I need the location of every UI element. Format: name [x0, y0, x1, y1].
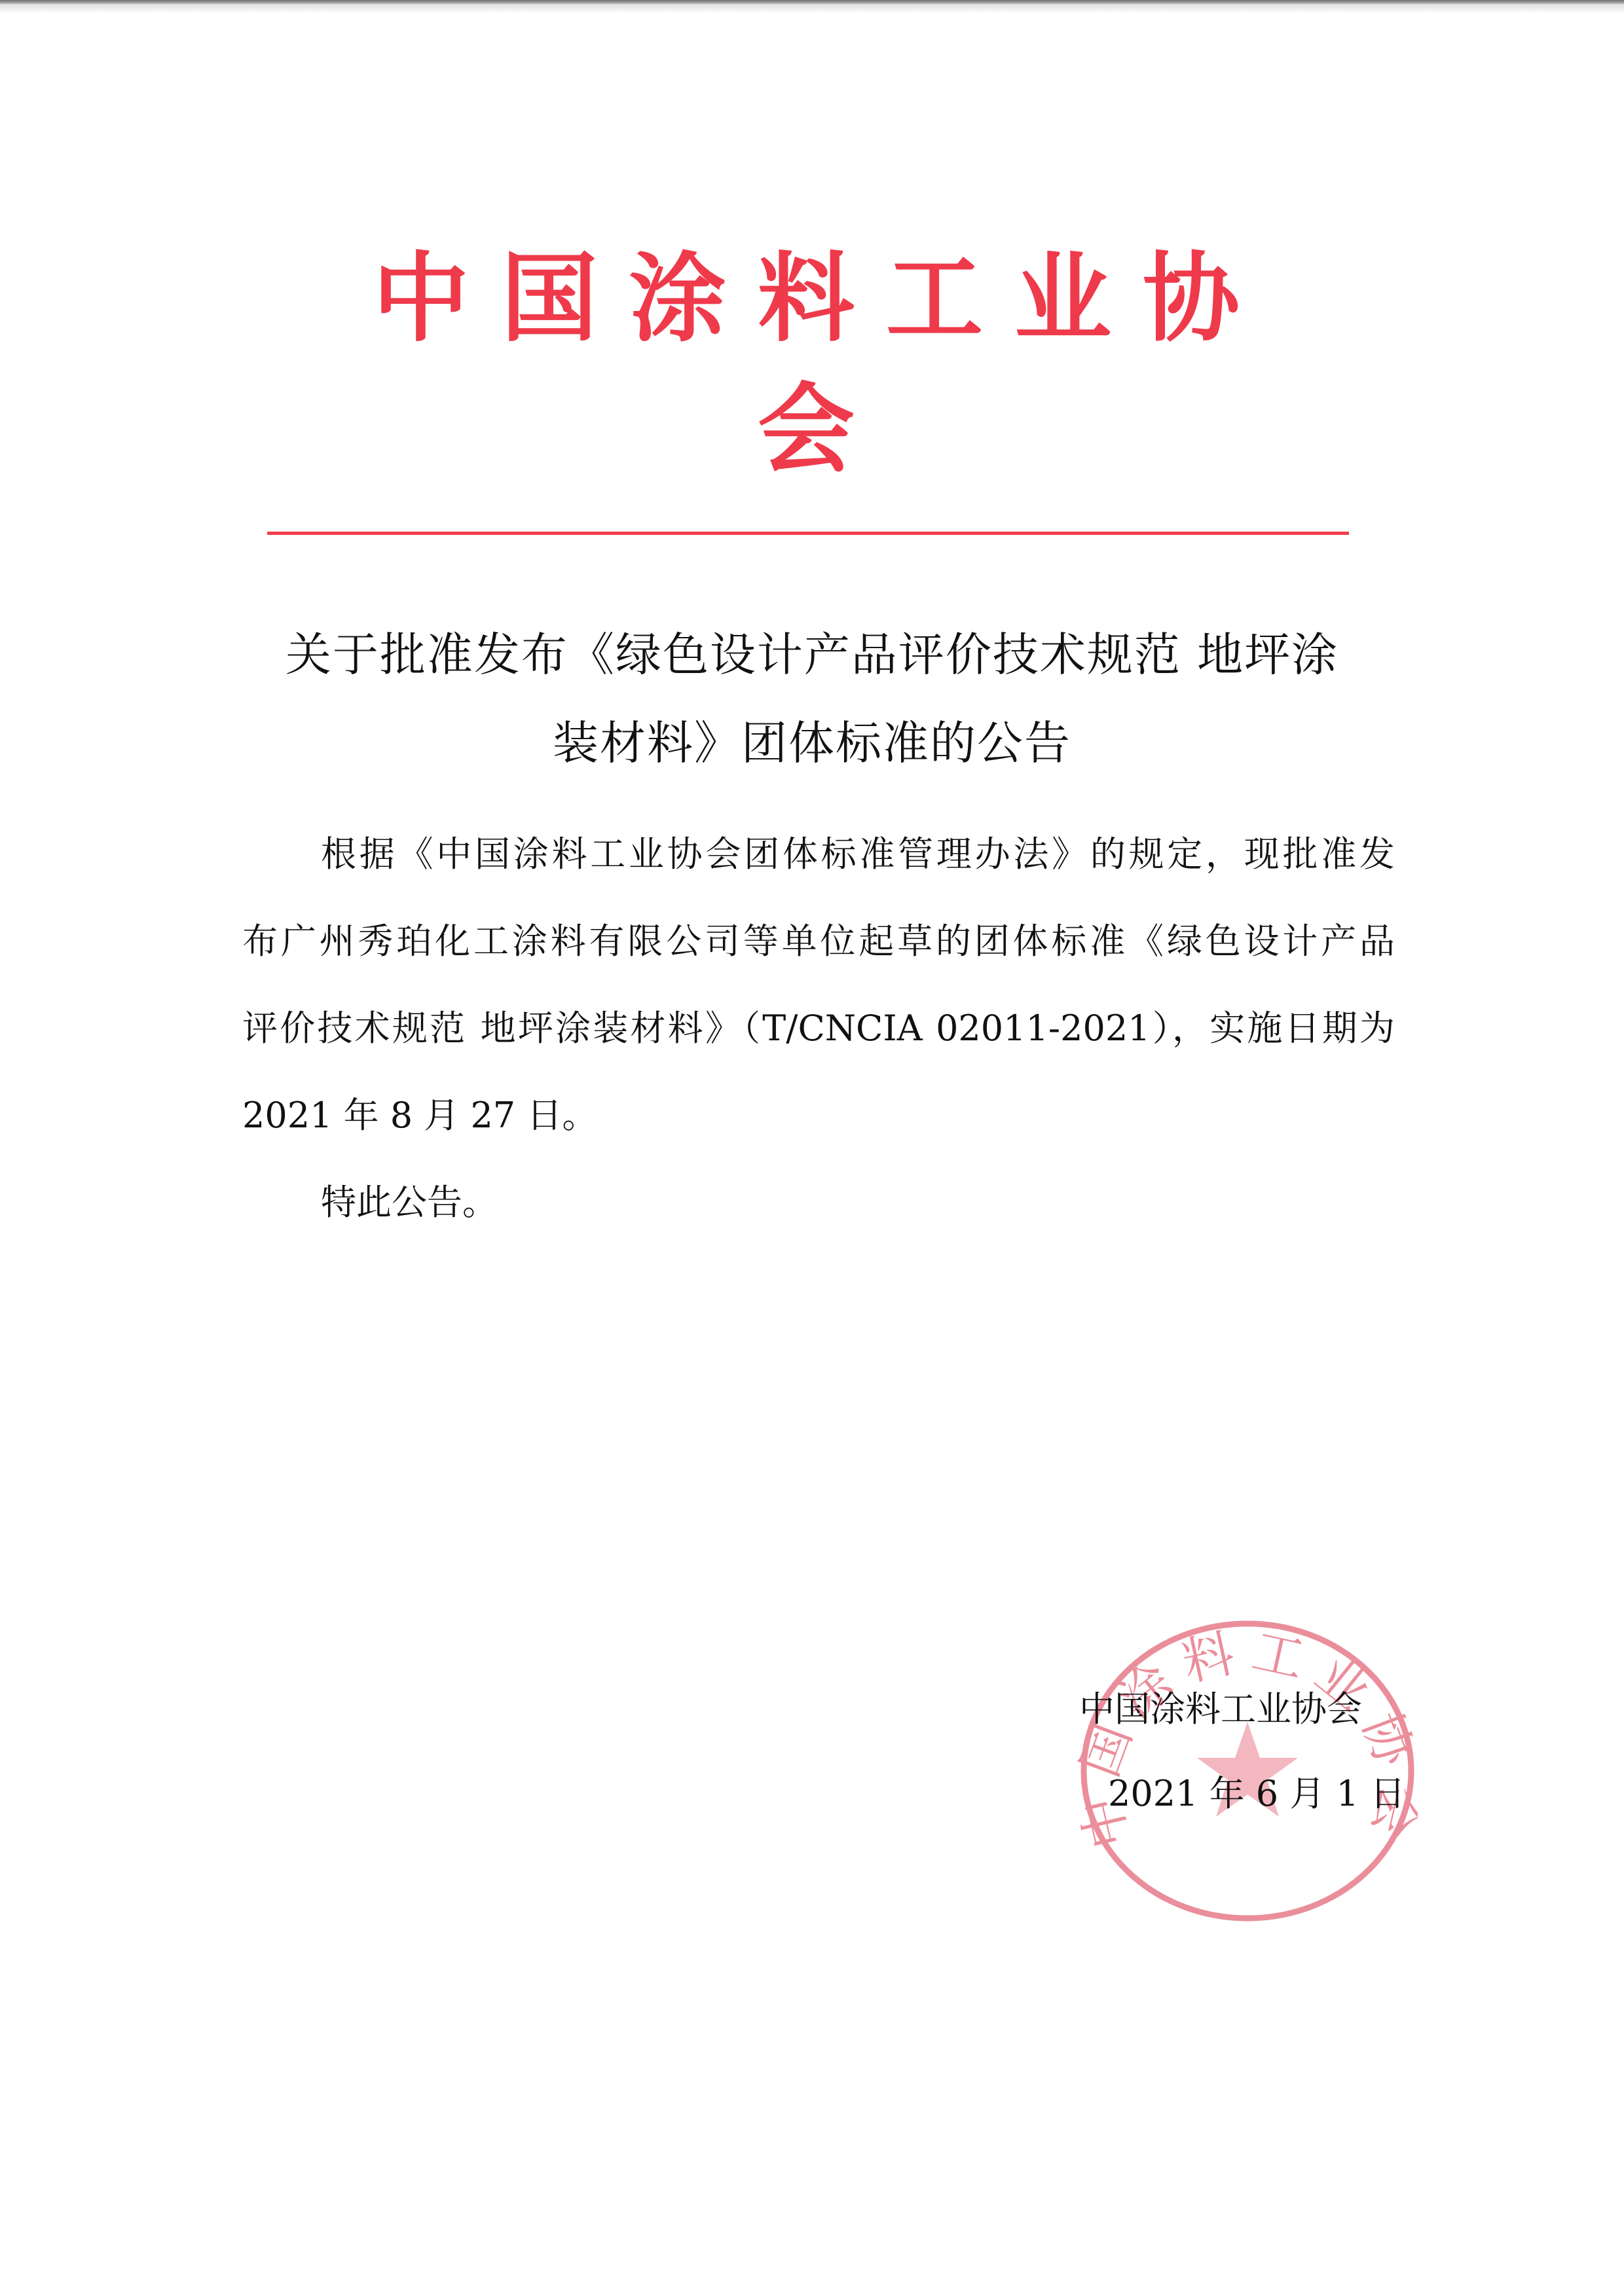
letterhead-org-name: 中国涂料工业协会	[347, 232, 1297, 494]
letterhead-red-rule	[267, 532, 1349, 535]
body-paragraph-line-2: 布广州秀珀化工涂料有限公司等单位起草的团体标准《绿色设计产品	[242, 919, 1395, 964]
body-paragraph-line-4: 2021 年 8 月 27 日。	[242, 1093, 1395, 1139]
signature-org-name: 中国涂料工业协会	[1079, 1681, 1362, 1732]
announcement-title-line-2: 装材料》团体标准的公告	[236, 714, 1388, 773]
document-page: 中国涂料工业协会 关于批准发布《绿色设计产品评价技术规范 地坪涂 装材料》团体标…	[0, 0, 1624, 2296]
body-paragraph-line-1: 根据《中国涂料工业协会团体标准管理办法》的规定，现批准发	[321, 831, 1395, 877]
closing-statement: 特此公告。	[321, 1180, 1395, 1226]
announcement-title-line-1: 关于批准发布《绿色设计产品评价技术规范 地坪涂	[236, 625, 1388, 684]
scan-top-shadow	[0, 4, 1624, 13]
body-paragraph-line-3: 评价技术规范 地坪涂装材料》（T/CNCIA 02011-2021），实施日期为	[242, 1006, 1395, 1051]
signature-date: 2021 年 6 月 1 日	[1108, 1766, 1405, 1816]
